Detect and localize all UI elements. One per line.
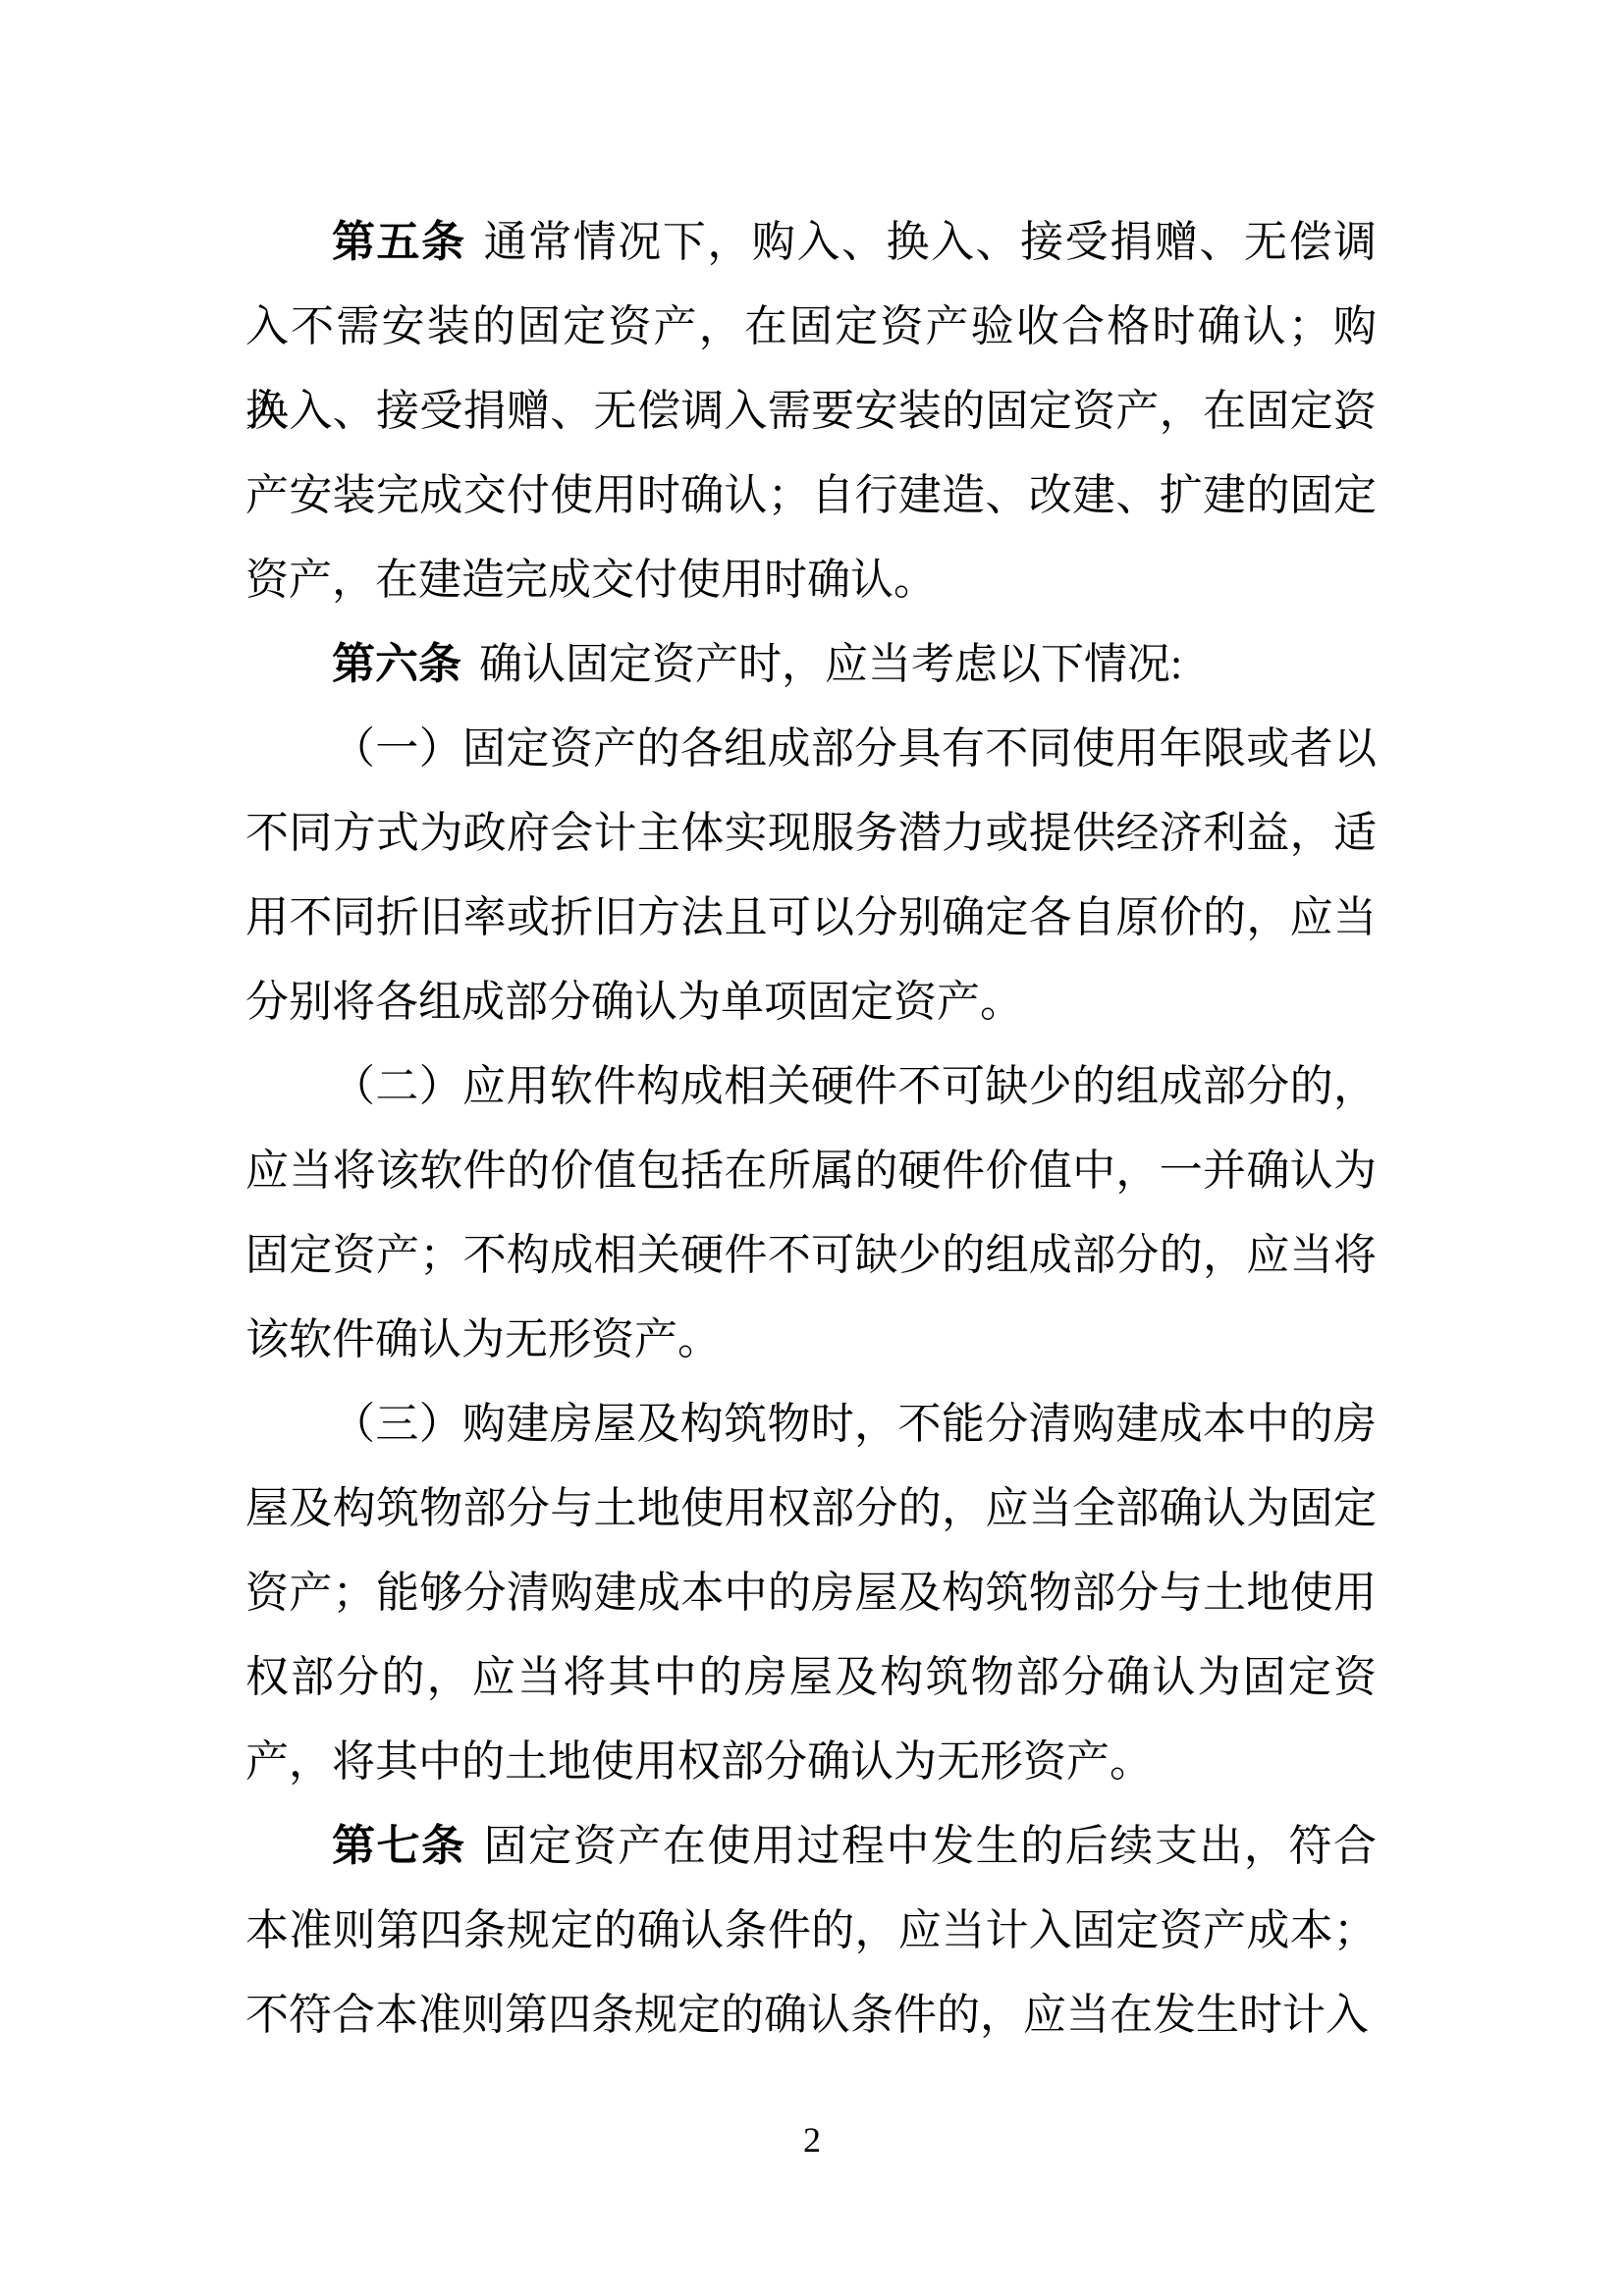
text-line: 第五条通常情况下，购入、换入、接受捐赠、无偿调: [245, 200, 1377, 285]
text-line: 产安装完成交付使用时确认；自行建造、改建、扩建的固定: [245, 454, 1377, 538]
text-line: 固定资产；不构成相关硬件不可缺少的组成部分的，应当将: [245, 1213, 1377, 1298]
text-line: （二）应用软件构成相关硬件不可缺少的组成部分的，: [245, 1044, 1377, 1129]
text-line: 第六条确认固定资产时，应当考虑以下情况:: [245, 622, 1377, 707]
text-line: 屋及构筑物部分与土地使用权部分的，应当全部确认为固定: [245, 1467, 1377, 1551]
line-text: 产，将其中的土地使用权部分确认为无形资产。: [245, 1737, 1153, 1786]
text-line: 入不需安装的固定资产，在固定资产验收合格时确认；购入、: [245, 285, 1377, 369]
line-text: 资产，在建造完成交付使用时确认。: [245, 556, 937, 604]
line-text: 不同方式为政府会计主体实现服务潜力或提供经济利益，适: [245, 809, 1377, 857]
article-number: 第五条: [332, 218, 466, 266]
line-text: （二）应用软件构成相关硬件不可缺少的组成部分的，: [332, 1062, 1377, 1110]
page-number: 2: [0, 2118, 1624, 2162]
text-line: （三）购建房屋及构筑物时，不能分清购建成本中的房: [245, 1382, 1377, 1467]
text-line: （一）固定资产的各组成部分具有不同使用年限或者以: [245, 707, 1377, 791]
text-line: 换入、接受捐赠、无偿调入需要安装的固定资产，在固定资: [245, 369, 1377, 454]
line-text: 确认固定资产时，应当考虑以下情况:: [479, 640, 1182, 688]
text-line: 应当将该软件的价值包括在所属的硬件价值中，一并确认为: [245, 1129, 1377, 1213]
line-text: 通常情况下，购入、换入、接受捐赠、无偿调: [484, 218, 1377, 266]
text-line: 分别将各组成部分确认为单项固定资产。: [245, 960, 1377, 1044]
article-number: 第七条: [332, 1822, 466, 1870]
text-line: 用不同折旧率或折旧方法且可以分别确定各自原价的，应当: [245, 876, 1377, 960]
line-text: 权部分的，应当将其中的房屋及构筑物部分确认为固定资: [245, 1653, 1377, 1701]
text-line: 权部分的，应当将其中的房屋及构筑物部分确认为固定资: [245, 1635, 1377, 1720]
line-text: （一）固定资产的各组成部分具有不同使用年限或者以: [332, 724, 1377, 773]
line-text: 应当将该软件的价值包括在所属的硬件价值中，一并确认为: [245, 1147, 1377, 1195]
text-line: 资产，在建造完成交付使用时确认。: [245, 538, 1377, 622]
line-text: 不符合本准则第四条规定的确认条件的，应当在发生时计入: [245, 1991, 1369, 2039]
line-text: （三）购建房屋及构筑物时，不能分清购建成本中的房: [332, 1400, 1377, 1448]
line-text: 用不同折旧率或折旧方法且可以分别确定各自原价的，应当: [245, 893, 1377, 941]
line-text: 固定资产；不构成相关硬件不可缺少的组成部分的，应当将: [245, 1231, 1377, 1279]
line-text: 产安装完成交付使用时确认；自行建造、改建、扩建的固定: [245, 471, 1377, 519]
line-text: 分别将各组成部分确认为单项固定资产。: [245, 978, 1023, 1026]
document-body: 第五条通常情况下，购入、换入、接受捐赠、无偿调入不需安装的固定资产，在固定资产验…: [245, 200, 1377, 2057]
line-text: 资产；能够分清购建成本中的房屋及构筑物部分与土地使用: [245, 1569, 1377, 1617]
document-page: 第五条通常情况下，购入、换入、接受捐赠、无偿调入不需安装的固定资产，在固定资产验…: [0, 0, 1624, 2296]
line-text: 固定资产在使用过程中发生的后续支出，符合: [484, 1822, 1377, 1870]
text-line: 本准则第四条规定的确认条件的，应当计入固定资产成本；: [245, 1889, 1377, 1973]
text-line: 产，将其中的土地使用权部分确认为无形资产。: [245, 1720, 1377, 1804]
line-text: 本准则第四条规定的确认条件的，应当计入固定资产成本；: [245, 1906, 1377, 1954]
line-text: 换入、接受捐赠、无偿调入需要安装的固定资产，在固定资: [245, 387, 1377, 435]
text-line: 不同方式为政府会计主体实现服务潜力或提供经济利益，适: [245, 791, 1377, 876]
text-line: 第七条固定资产在使用过程中发生的后续支出，符合: [245, 1804, 1377, 1889]
text-line: 资产；能够分清购建成本中的房屋及构筑物部分与土地使用: [245, 1551, 1377, 1635]
text-line: 该软件确认为无形资产。: [245, 1298, 1377, 1382]
line-text: 该软件确认为无形资产。: [245, 1315, 721, 1363]
line-text: 屋及构筑物部分与土地使用权部分的，应当全部确认为固定: [245, 1484, 1377, 1532]
article-number: 第六条: [332, 640, 461, 688]
text-line: 不符合本准则第四条规定的确认条件的，应当在发生时计入: [245, 1973, 1377, 2057]
